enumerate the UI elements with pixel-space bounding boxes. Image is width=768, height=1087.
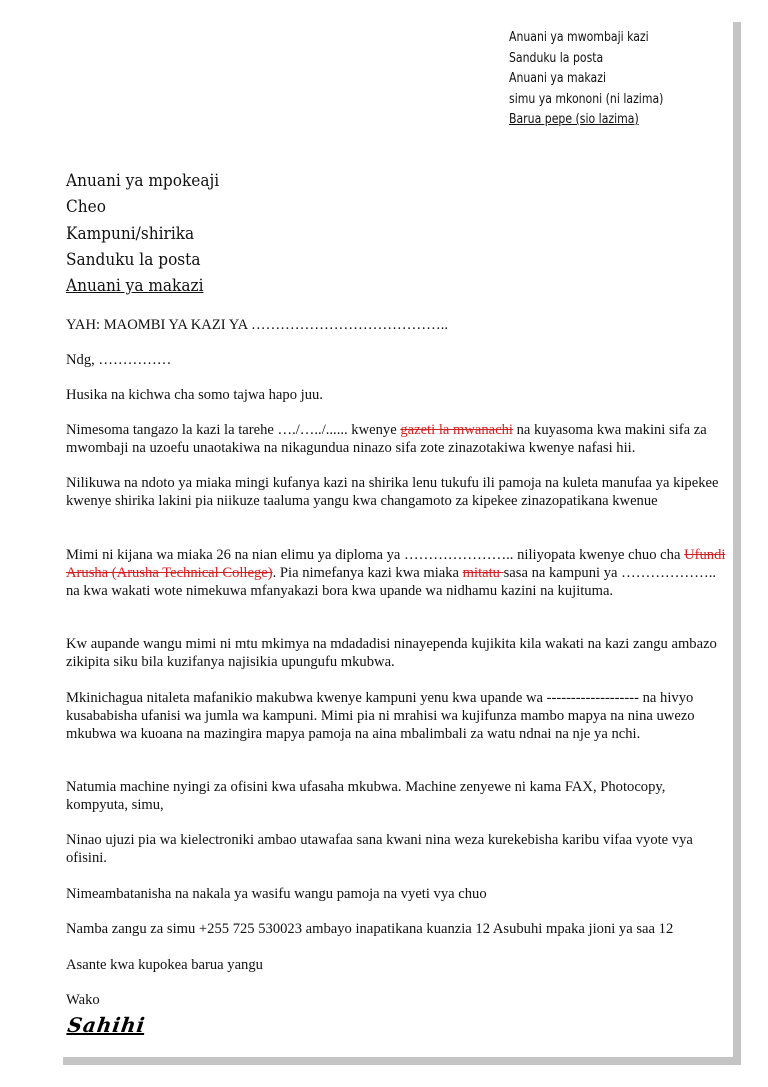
page-shadow-bottom (63, 1057, 741, 1065)
phone-paragraph: Namba zangu za simu +255 725 530023 amba… (66, 920, 731, 938)
subject-text: YAH: MAOMBI YA KAZI YA ………………………………….. (66, 316, 731, 334)
salutation-text: Ndg, …………… (66, 351, 731, 369)
recipient-address-block: Anuani ya mpokeaji Cheo Kampuni/shirika … (66, 168, 219, 299)
closing: Wako (66, 991, 731, 1009)
closing-text: Wako (66, 991, 731, 1009)
dream-text: Nilikuwa na ndoto ya miaka mingi kufanya… (66, 474, 731, 510)
education-text-1: Mimi ni kijana wa miaka 26 na nian elimu… (66, 547, 684, 563)
phone-text: Namba zangu za simu +255 725 530023 amba… (66, 920, 731, 938)
sender-mobile-line: simu ya mkononi (ni lazima) (509, 90, 663, 111)
attachments-text: Nimeambatanisha na nakala ya wasifu wang… (66, 885, 731, 903)
electronics-paragraph: Ninao ujuzi pia wa kielectroniki ambao u… (66, 831, 731, 867)
electronics-text: Ninao ujuzi pia wa kielectroniki ambao u… (66, 831, 731, 867)
struck-years: mitatu (463, 565, 504, 581)
sender-address-block: Anuani ya mwombaji kazi Sanduku la posta… (509, 28, 663, 131)
character-text: Kw aupande wangu mimi ni mtu mkimya na m… (66, 635, 731, 671)
letter-page: Anuani ya mwombaji kazi Sanduku la posta… (0, 0, 733, 1057)
ad-paragraph: Nimesoma tangazo la kazi la tarehe …./….… (66, 421, 731, 457)
sender-address-line: Anuani ya mwombaji kazi (509, 28, 663, 49)
subject-line: YAH: MAOMBI YA KAZI YA ………………………………….. (66, 316, 731, 334)
thanks-text: Asante kwa kupokea barua yangu (66, 956, 731, 974)
dream-paragraph: Nilikuwa na ndoto ya miaka mingi kufanya… (66, 474, 731, 510)
recipient-title-line: Cheo (66, 194, 219, 220)
intro-paragraph: Husika na kichwa cha somo tajwa hapo juu… (66, 386, 731, 404)
page-shadow-right (733, 22, 741, 1065)
intro-text: Husika na kichwa cha somo tajwa hapo juu… (66, 386, 731, 404)
struck-newspaper-name: gazeti la mwanachi (400, 422, 513, 438)
thanks-paragraph: Asante kwa kupokea barua yangu (66, 956, 731, 974)
salutation: Ndg, …………… (66, 351, 731, 369)
ad-text-before: Nimesoma tangazo la kazi la tarehe …./….… (66, 422, 400, 438)
character-paragraph: Kw aupande wangu mimi ni mtu mkimya na m… (66, 635, 731, 671)
recipient-address-line: Anuani ya mpokeaji (66, 168, 219, 194)
recipient-residence-line: Anuani ya makazi (66, 273, 219, 299)
success-paragraph: Mkinichagua nitaleta mafanikio makubwa k… (66, 689, 731, 744)
machines-paragraph: Natumia machine nyingi za ofisini kwa uf… (66, 778, 731, 814)
sender-residence-line: Anuani ya makazi (509, 69, 663, 90)
recipient-po-box-line: Sanduku la posta (66, 247, 219, 273)
signature: Sahihi (66, 1013, 147, 1037)
sender-po-box-line: Sanduku la posta (509, 49, 663, 70)
sender-email-line: Barua pepe (sio lazima) (509, 110, 663, 131)
recipient-company-line: Kampuni/shirika (66, 221, 219, 247)
success-text: Mkinichagua nitaleta mafanikio makubwa k… (66, 689, 731, 744)
machines-text: Natumia machine nyingi za ofisini kwa uf… (66, 778, 731, 814)
education-paragraph: Mimi ni kijana wa miaka 26 na nian elimu… (66, 546, 731, 601)
attachments-paragraph: Nimeambatanisha na nakala ya wasifu wang… (66, 885, 731, 903)
education-text-2: . Pia nimefanya kazi kwa miaka (273, 565, 463, 581)
